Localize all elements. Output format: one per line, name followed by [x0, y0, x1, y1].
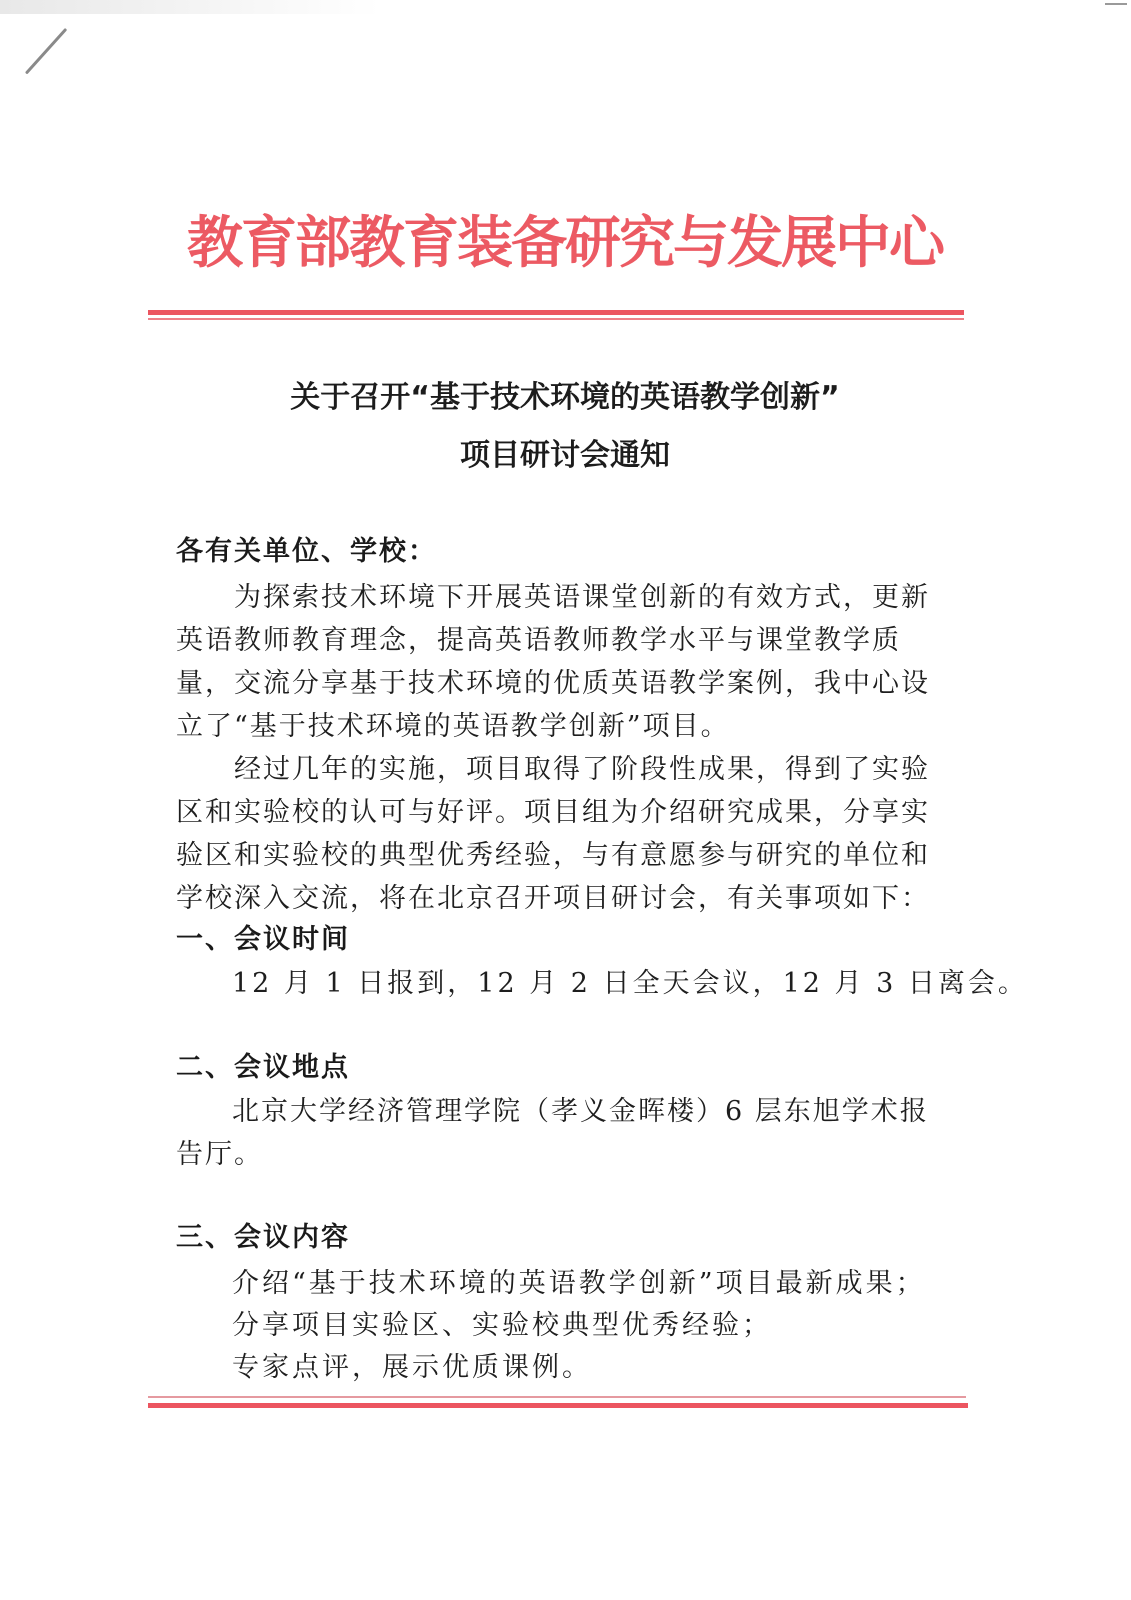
pen-mark [25, 28, 67, 75]
letterhead-org-name: 教育部教育装备研究与发展中心 [150, 208, 980, 278]
footer-rule-thick [148, 1403, 968, 1408]
paragraph-background: 经过几年的实施，项目取得了阶段性成果，得到了实验 区和实验校的认可与好评。项目组… [176, 748, 956, 920]
letterhead-rule-thick [148, 310, 964, 315]
letterhead-rule-thin [148, 318, 964, 320]
paragraph-line: 为探索技术环境下开展英语课堂创新的有效方式，更新 [176, 576, 956, 619]
content-item-1: 介绍“基于技术环境的英语教学创新”项目最新成果； [232, 1262, 926, 1305]
location-line: 北京大学经济管理学院（孝义金晖楼）6 层东旭学术报 [176, 1090, 956, 1133]
salutation: 各有关单位、学校： [176, 530, 437, 573]
paragraph-line: 经过几年的实施，项目取得了阶段性成果，得到了实验 [176, 748, 956, 791]
paragraph-intro: 为探索技术环境下开展英语课堂创新的有效方式，更新 英语教师教育理念，提高英语教师… [176, 576, 956, 748]
section-location-text: 北京大学经济管理学院（孝义金晖楼）6 层东旭学术报 告厅。 [176, 1090, 956, 1176]
paragraph-line: 学校深入交流，将在北京召开项目研讨会，有关事项如下： [176, 877, 956, 920]
paragraph-line: 量，交流分享基于技术环境的优质英语教学案例，我中心设 [176, 662, 956, 705]
section-heading-content: 三、会议内容 [176, 1216, 350, 1259]
notice-title-line1: 关于召开“基于技术环境的英语教学创新” [150, 378, 980, 418]
scan-corner-mark [1105, 3, 1127, 5]
section-heading-location: 二、会议地点 [176, 1046, 350, 1089]
location-line: 告厅。 [176, 1133, 956, 1176]
section-time-line: 12 月 1 日报到，12 月 2 日全天会议，12 月 3 日离会。 [232, 962, 1028, 1005]
content-item-2: 分享项目实验区、实验校典型优秀经验； [232, 1304, 772, 1347]
scan-edge-shadow [0, 0, 380, 14]
paragraph-line: 立了“基于技术环境的英语教学创新”项目。 [176, 705, 956, 748]
section-heading-time: 一、会议时间 [176, 918, 350, 961]
paragraph-line: 验区和实验校的典型优秀经验，与有意愿参与研究的单位和 [176, 834, 956, 877]
paragraph-line: 区和实验校的认可与好评。项目组为介绍研究成果，分享实 [176, 791, 956, 834]
notice-title-line2: 项目研讨会通知 [150, 436, 980, 476]
footer-rule-thin [148, 1396, 966, 1398]
content-item-3: 专家点评，展示优质课例。 [232, 1346, 592, 1389]
paragraph-line: 英语教师教育理念，提高英语教师教学水平与课堂教学质 [176, 619, 956, 662]
